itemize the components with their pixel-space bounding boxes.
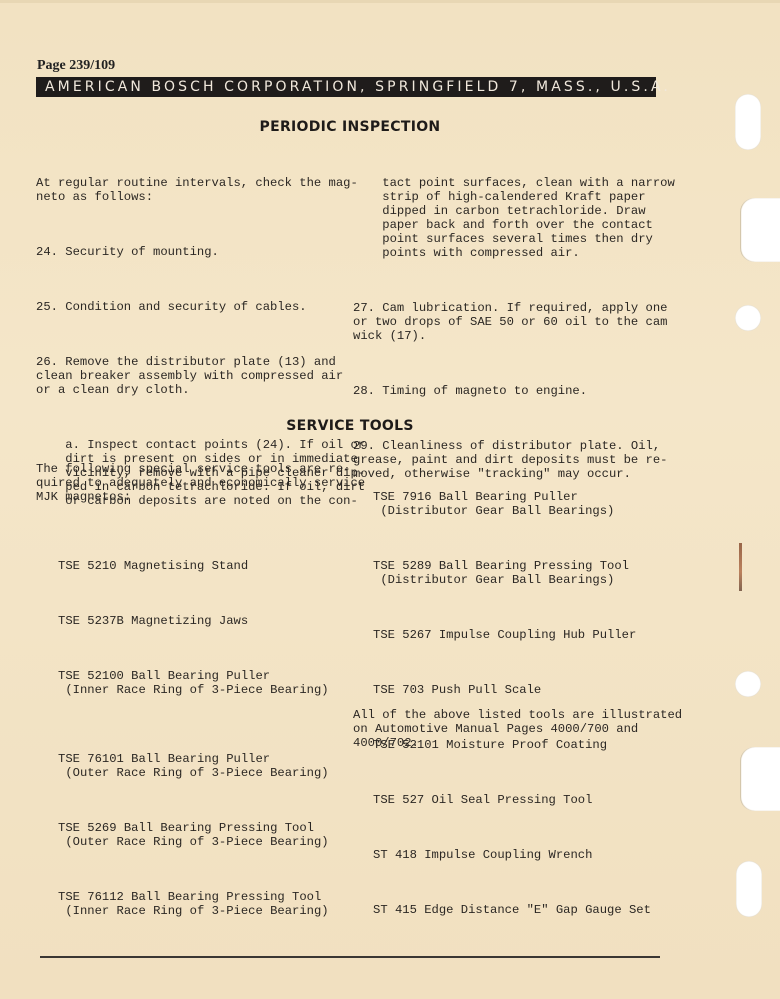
tool-item: TSE 52100 Ball Bearing Puller (Inner Rac…: [58, 669, 348, 697]
binder-hole-oblong-top: [735, 94, 761, 150]
document-page: Page 239/109 AMERICAN BOSCH CORPORATION,…: [0, 0, 780, 999]
footer-rule: [40, 956, 660, 958]
tools-left-list: TSE 5210 Magnetising Stand TSE 5237B Mag…: [58, 531, 348, 959]
tool-item: TSE 5237B Magnetizing Jaws: [58, 614, 348, 628]
tool-item: TSE 703 Push Pull Scale: [373, 683, 663, 697]
inspection-item-26: 26. Remove the distributor plate (13) an…: [36, 355, 341, 397]
service-tools-intro: The following special service tools are …: [36, 462, 341, 504]
tools-closing-note: All of the above listed tools are illust…: [353, 708, 663, 750]
binder-hole-oblong-bottom: [736, 861, 762, 917]
tool-item: TSE 76101 Ball Bearing Puller (Outer Rac…: [58, 752, 348, 780]
binder-hole-round: [735, 671, 761, 697]
inspection-item-24: 24. Security of mounting.: [36, 245, 341, 259]
inspection-item-28: 28. Timing of magneto to engine.: [353, 384, 658, 398]
tool-item: TSE 5210 Magnetising Stand: [58, 559, 348, 573]
company-banner: AMERICAN BOSCH CORPORATION, SPRINGFIELD …: [36, 77, 656, 97]
inspection-item-26a-continued: tact point surfaces, clean with a narrow…: [353, 176, 658, 260]
rust-stain: [739, 543, 742, 591]
service-tools-title: SERVICE TOOLS: [0, 418, 700, 434]
binder-hole-round: [735, 305, 761, 331]
periodic-inspection-title: PERIODIC INSPECTION: [0, 119, 700, 135]
inspection-item-27: 27. Cam lubrication. If required, apply …: [353, 301, 658, 343]
tool-item: ST 418 Impulse Coupling Wrench: [373, 848, 663, 862]
tool-item: TSE 5289 Ball Bearing Pressing Tool (Dis…: [373, 559, 663, 587]
binder-notch-bottom: [740, 747, 780, 811]
inspection-item-25: 25. Condition and security of cables.: [36, 300, 341, 314]
tool-item: TSE 527 Oil Seal Pressing Tool: [373, 793, 663, 807]
binder-notch-top: [740, 198, 780, 262]
page-number: Page 239/109: [37, 58, 115, 74]
tool-item: TSE 5267 Impulse Coupling Hub Puller: [373, 628, 663, 642]
tool-item: TSE 5269 Ball Bearing Pressing Tool (Out…: [58, 821, 348, 849]
tool-item: TSE 7916 Ball Bearing Puller (Distributo…: [373, 490, 663, 518]
tool-item: ST 415 Edge Distance "E" Gap Gauge Set: [373, 903, 663, 917]
tool-item: TSE 76112 Ball Bearing Pressing Tool (In…: [58, 890, 348, 918]
inspection-intro: At regular routine intervals, check the …: [36, 176, 341, 204]
